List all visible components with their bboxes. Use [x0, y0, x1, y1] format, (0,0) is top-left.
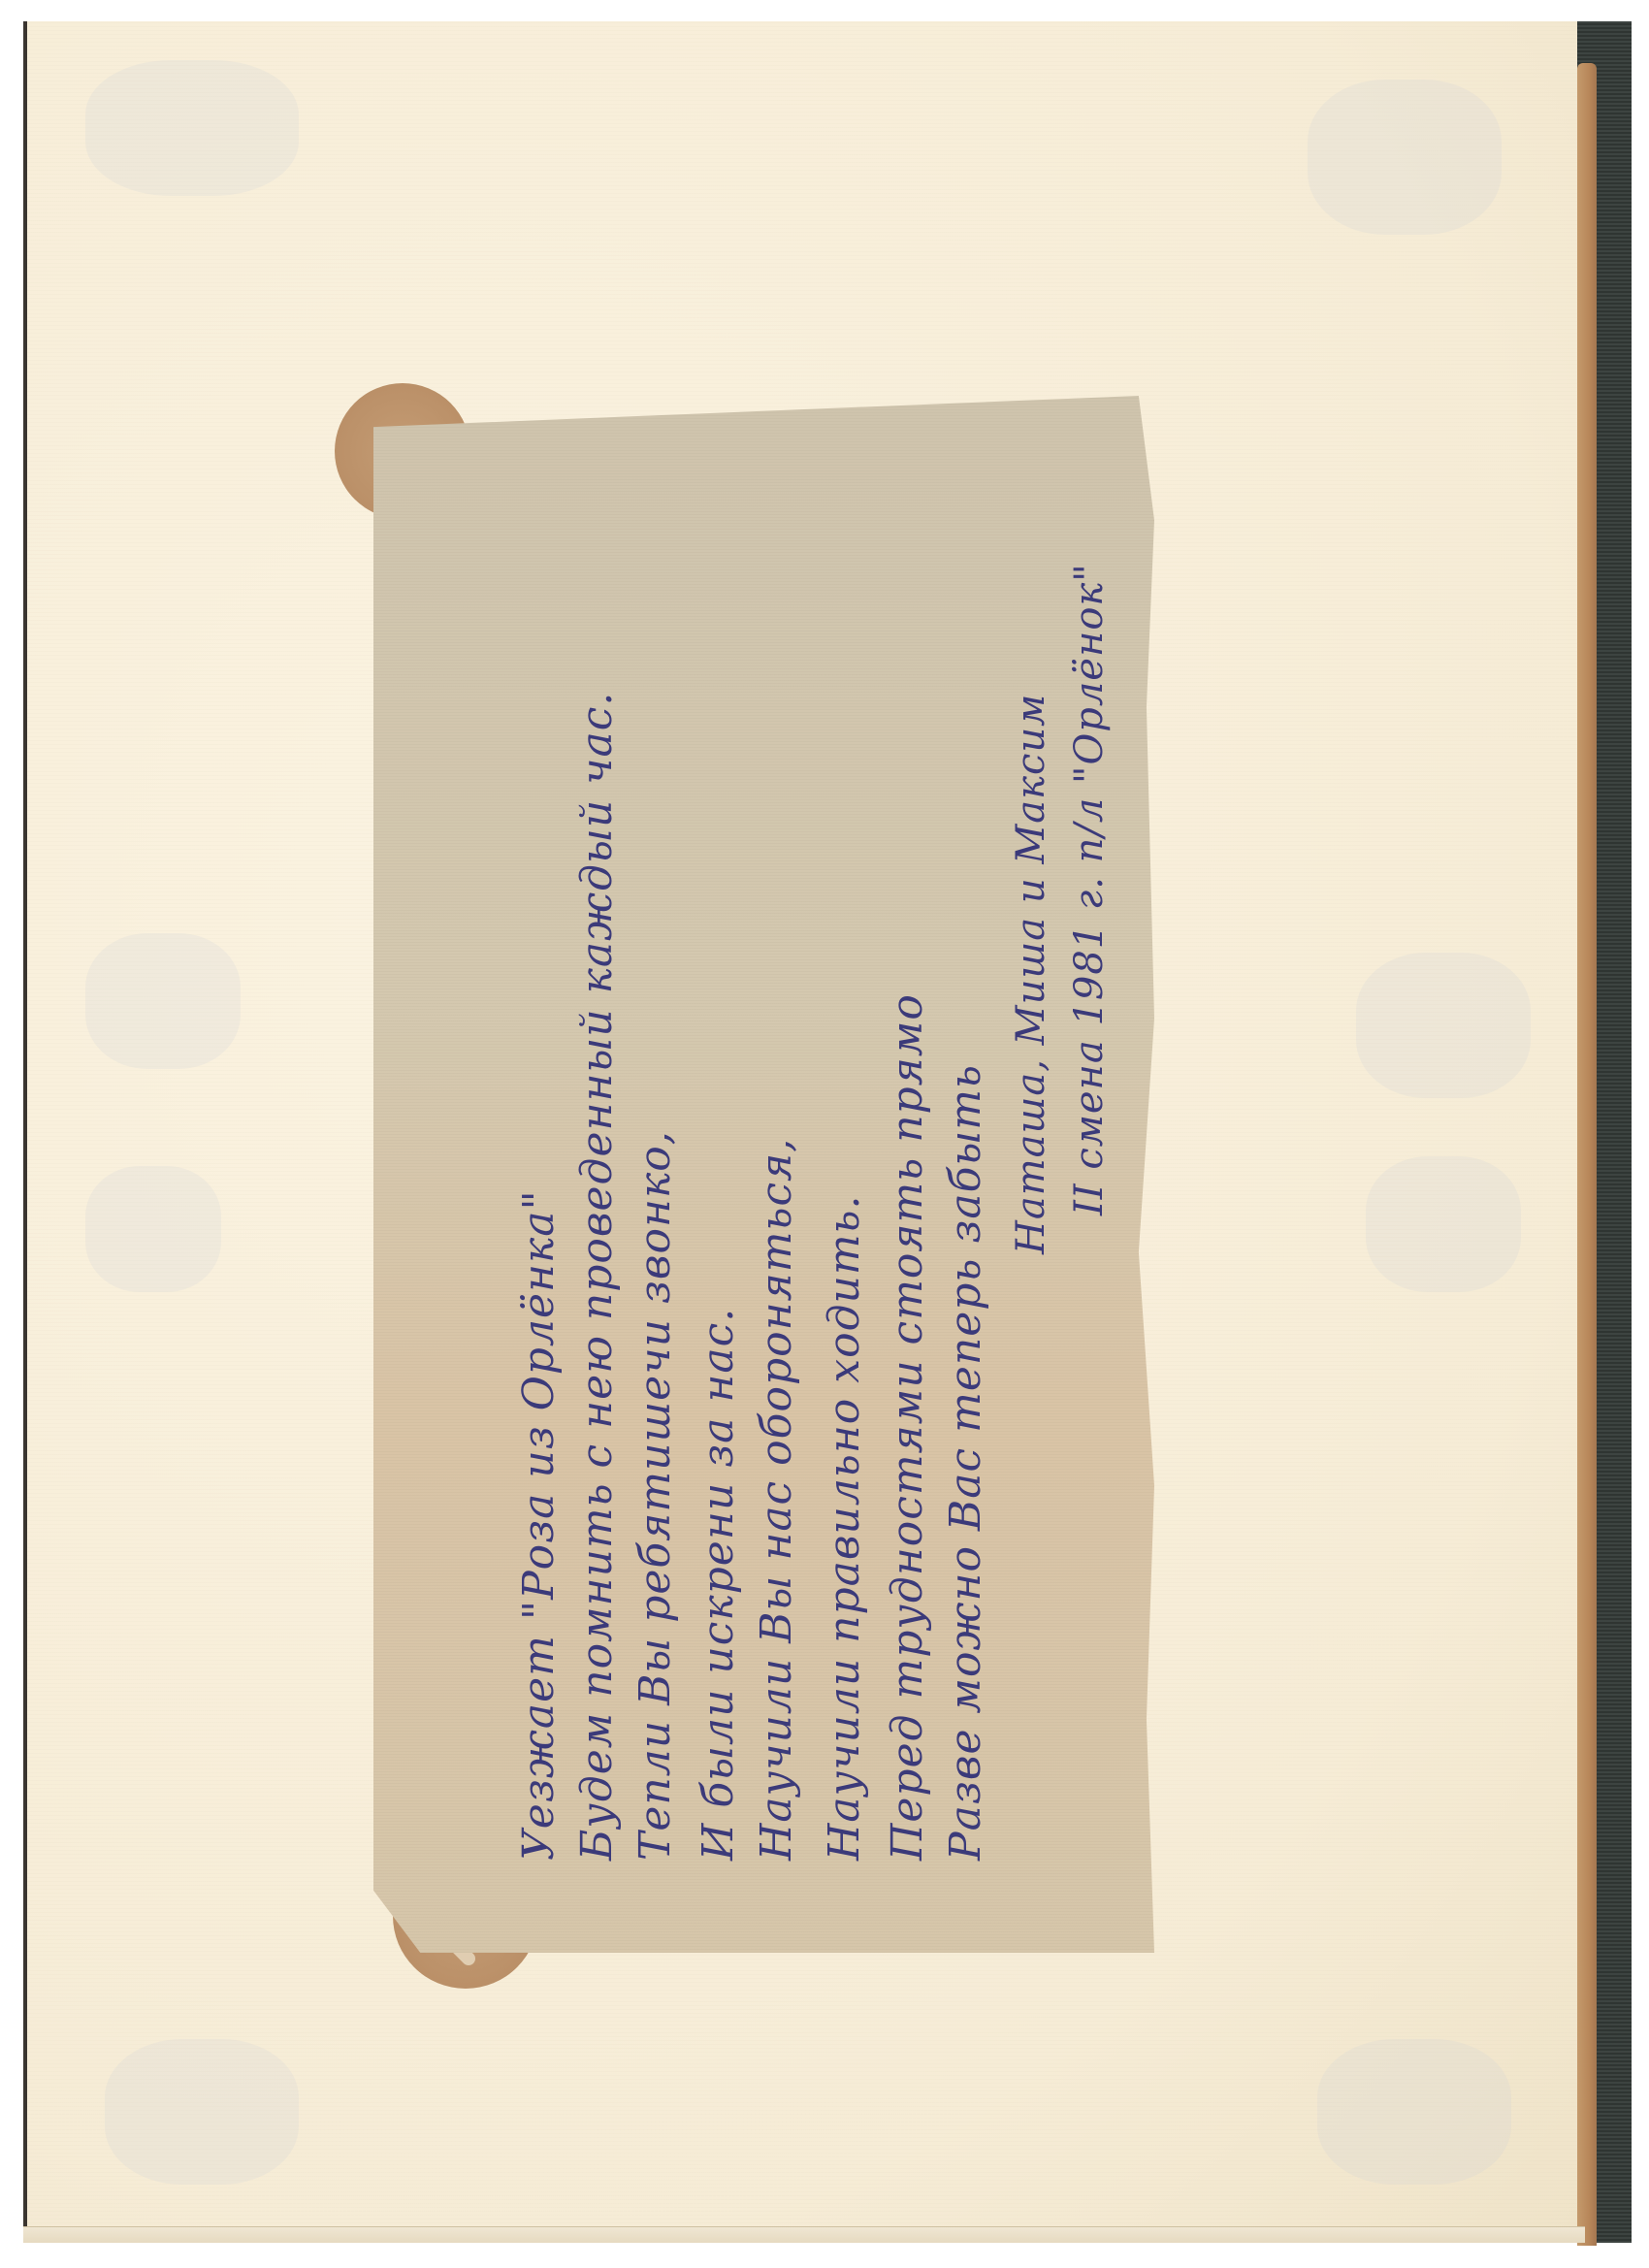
paper-stain	[85, 60, 299, 196]
note-line: И были искрени за нас.	[694, 1308, 743, 1861]
paper-stain	[1308, 80, 1502, 235]
paper-stain	[1356, 953, 1531, 1098]
paper-stain	[85, 933, 241, 1069]
page-bottom-edge	[23, 2226, 1585, 2243]
note-line: Разве можно Вас теперь забыть	[941, 1064, 990, 1861]
note-line: Научили Вы нас обороняться,	[752, 1138, 801, 1861]
note-line: Научили правильно ходить.	[820, 1195, 869, 1861]
note-line-title: Уезжает "Роза из Орлёнка"	[514, 1189, 564, 1861]
paper-stain	[1317, 2039, 1511, 2185]
paper-stain	[105, 2039, 299, 2185]
signature-details: II смена 1981 г. п/л "Орлёнок"	[1067, 563, 1112, 1215]
note-line: Тепли Вы ребятишечи звонко,	[630, 1130, 680, 1861]
paper-stain	[1366, 1156, 1521, 1292]
signature-names: Наташа, Миша и Максим	[1009, 694, 1053, 1254]
page-stack-edge	[1577, 63, 1597, 2246]
note-line: Будем помнить с нею проведенный каждый ч…	[572, 692, 622, 1861]
handwritten-note: Уезжает "Роза из Орлёнка" Будем помнить …	[373, 396, 1154, 1953]
note-line: Перед трудностями стоять прямо	[883, 993, 932, 1861]
note-text-block: Уезжает "Роза из Орлёнка" Будем помнить …	[373, 396, 1154, 1953]
paper-stain	[85, 1166, 221, 1292]
